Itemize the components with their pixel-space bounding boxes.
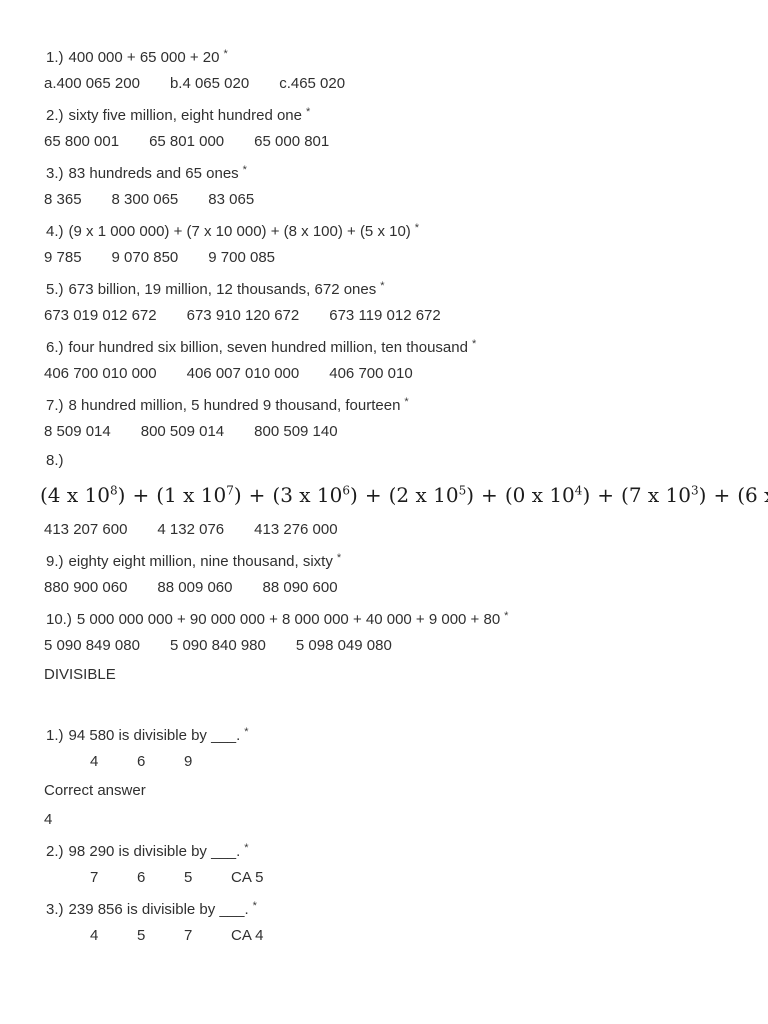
- question-number: 7.): [46, 397, 64, 414]
- math-exponent: 6: [342, 483, 350, 497]
- options-line: 413 207 6004 132 076413 276 000: [0, 515, 768, 544]
- option: 5: [184, 863, 231, 892]
- required-asterisk: *: [337, 552, 341, 564]
- question-text: 673 billion, 19 million, 12 thousands, 6…: [69, 281, 377, 298]
- options-line: 8 509 014800 509 014800 509 140: [0, 417, 768, 446]
- divisibility-section: 1.)94 580 is divisible by ___.*469Correc…: [0, 718, 768, 950]
- plus-operator: +: [597, 483, 614, 507]
- math-term-close: ): [350, 483, 358, 507]
- question-line: 1.)94 580 is divisible by ___.*: [0, 718, 768, 747]
- question-text: eighty eight million, nine thousand, six…: [69, 553, 333, 570]
- math-term-close: ): [466, 483, 474, 507]
- question-number: 1.): [46, 49, 64, 66]
- math-term: (6 x 10: [737, 483, 768, 507]
- options-line: 673 019 012 672673 910 120 672673 119 01…: [0, 301, 768, 330]
- option: b.4 065 020: [170, 75, 249, 92]
- question-text: (9 x 1 000 000) + (7 x 10 000) + (8 x 10…: [69, 223, 411, 240]
- plus-operator: +: [249, 483, 266, 507]
- question-number: 9.): [46, 553, 64, 570]
- option: 673 910 120 672: [187, 307, 300, 324]
- question-line: 9.)eighty eight million, nine thousand, …: [0, 544, 768, 573]
- option: 8 509 014: [44, 423, 111, 440]
- option: 7: [90, 863, 137, 892]
- question-line: 3.)239 856 is divisible by ___.*: [0, 892, 768, 921]
- option: 673 119 012 672: [329, 307, 441, 324]
- option: 4: [90, 747, 137, 776]
- math-term-close: ): [699, 483, 707, 507]
- option: 8 300 065: [112, 191, 179, 208]
- required-asterisk: *: [306, 106, 310, 118]
- option: CA 5: [231, 863, 278, 892]
- option: 413 207 600: [44, 521, 127, 538]
- option: 65 800 001: [44, 133, 119, 150]
- option: 406 700 010 000: [44, 365, 157, 382]
- question-line: 2.)sixty five million, eight hundred one…: [0, 98, 768, 127]
- correct-answer-value: 4: [0, 805, 768, 834]
- question-number: 1.): [46, 727, 64, 744]
- option: 406 700 010: [329, 365, 412, 382]
- option: c.465 020: [279, 75, 345, 92]
- option: 5 090 849 080: [44, 637, 140, 654]
- place-value-section: 1.)400 000 + 65 000 + 20*a.400 065 200b.…: [0, 40, 768, 660]
- math-term: (2 x 10: [389, 483, 459, 507]
- question-line: 10.)5 000 000 000 + 90 000 000 + 8 000 0…: [0, 602, 768, 631]
- required-asterisk: *: [224, 48, 228, 60]
- option: 83 065: [208, 191, 254, 208]
- math-term-close: ): [582, 483, 590, 507]
- question-line: 1.)400 000 + 65 000 + 20*: [0, 40, 768, 69]
- option: 65 000 801: [254, 133, 329, 150]
- options-line: 880 900 06088 009 06088 090 600: [0, 573, 768, 602]
- question-line: 2.)98 290 is divisible by ___.*: [0, 834, 768, 863]
- question-number: 2.): [46, 843, 64, 860]
- math-term: (3 x 10: [272, 483, 342, 507]
- question-line: 4.)(9 x 1 000 000) + (7 x 10 000) + (8 x…: [0, 214, 768, 243]
- option: 800 509 014: [141, 423, 224, 440]
- question-line: 3.)83 hundreds and 65 ones*: [0, 156, 768, 185]
- question-text: 83 hundreds and 65 ones: [69, 165, 239, 182]
- option: 673 019 012 672: [44, 307, 157, 324]
- worksheet-page: 1.)400 000 + 65 000 + 20*a.400 065 200b.…: [0, 0, 768, 950]
- required-asterisk: *: [243, 164, 247, 176]
- question-text: 98 290 is divisible by ___.: [69, 843, 241, 860]
- question-number: 2.): [46, 107, 64, 124]
- math-exponent: 7: [226, 483, 234, 497]
- question-number: 5.): [46, 281, 64, 298]
- question-number: 3.): [46, 165, 64, 182]
- option: 406 007 010 000: [187, 365, 300, 382]
- question-number: 3.): [46, 901, 64, 918]
- option: 5 098 049 080: [296, 637, 392, 654]
- option: a.400 065 200: [44, 75, 140, 92]
- option: 6: [137, 863, 184, 892]
- options-line: 457CA 4: [0, 921, 768, 950]
- option: 9 070 850: [112, 249, 179, 266]
- math-exponent: 3: [691, 483, 699, 497]
- required-asterisk: *: [404, 396, 408, 408]
- options-line: 469: [0, 747, 768, 776]
- option: 800 509 140: [254, 423, 337, 440]
- options-line: 8 3658 300 06583 065: [0, 185, 768, 214]
- plus-operator: +: [481, 483, 498, 507]
- plus-operator: +: [365, 483, 382, 507]
- option: 9: [184, 747, 231, 776]
- option: 8 365: [44, 191, 82, 208]
- math-expression: (4 x 108)+(1 x 107)+(3 x 106)+(2 x 105)+…: [0, 475, 768, 515]
- question-line: 6.)four hundred six billion, seven hundr…: [0, 330, 768, 359]
- required-asterisk: *: [244, 842, 248, 854]
- options-line: 765CA 5: [0, 863, 768, 892]
- option: 5: [137, 921, 184, 950]
- required-asterisk: *: [380, 280, 384, 292]
- math-term-close: ): [234, 483, 242, 507]
- spacer: [0, 689, 768, 718]
- option: 9 700 085: [208, 249, 275, 266]
- required-asterisk: *: [472, 338, 476, 350]
- math-term: (1 x 10: [156, 483, 226, 507]
- options-line: 5 090 849 0805 090 840 9805 098 049 080: [0, 631, 768, 660]
- math-term-close: ): [118, 483, 126, 507]
- question-text: sixty five million, eight hundred one: [69, 107, 302, 124]
- option: 413 276 000: [254, 521, 337, 538]
- divisible-heading: DIVISIBLE: [0, 660, 768, 689]
- question-number: 8.): [46, 452, 64, 469]
- question-text: four hundred six billion, seven hundred …: [69, 339, 468, 356]
- math-term: (4 x 10: [40, 483, 110, 507]
- options-line: 406 700 010 000406 007 010 000406 700 01…: [0, 359, 768, 388]
- option: 88 090 600: [263, 579, 338, 596]
- question-line: 5.)673 billion, 19 million, 12 thousands…: [0, 272, 768, 301]
- correct-answer-label: Correct answer: [0, 776, 768, 805]
- math-term: (0 x 10: [505, 483, 575, 507]
- options-line: a.400 065 200b.4 065 020c.465 020: [0, 69, 768, 98]
- math-term: (7 x 10: [621, 483, 691, 507]
- question-text: 94 580 is divisible by ___.: [69, 727, 241, 744]
- plus-operator: +: [132, 483, 149, 507]
- options-line: 9 7859 070 8509 700 085: [0, 243, 768, 272]
- math-exponent: 8: [110, 483, 118, 497]
- plus-operator: +: [713, 483, 730, 507]
- question-line: 8.): [0, 446, 768, 475]
- option: 6: [137, 747, 184, 776]
- question-number: 4.): [46, 223, 64, 240]
- option: 880 900 060: [44, 579, 127, 596]
- option: 7: [184, 921, 231, 950]
- required-asterisk: *: [504, 610, 508, 622]
- question-number: 6.): [46, 339, 64, 356]
- option: 88 009 060: [157, 579, 232, 596]
- question-text: 8 hundred million, 5 hundred 9 thousand,…: [69, 397, 401, 414]
- option: CA 4: [231, 921, 278, 950]
- question-line: 7.)8 hundred million, 5 hundred 9 thousa…: [0, 388, 768, 417]
- option: 5 090 840 980: [170, 637, 266, 654]
- required-asterisk: *: [244, 726, 248, 738]
- options-line: 65 800 00165 801 00065 000 801: [0, 127, 768, 156]
- option: 65 801 000: [149, 133, 224, 150]
- option: 4: [90, 921, 137, 950]
- question-number: 10.): [46, 611, 72, 628]
- question-text: 400 000 + 65 000 + 20: [69, 49, 220, 66]
- question-text: 5 000 000 000 + 90 000 000 + 8 000 000 +…: [77, 611, 500, 628]
- option: 4 132 076: [157, 521, 224, 538]
- question-text: 239 856 is divisible by ___.: [69, 901, 249, 918]
- required-asterisk: *: [415, 222, 419, 234]
- required-asterisk: *: [253, 900, 257, 912]
- option: 9 785: [44, 249, 82, 266]
